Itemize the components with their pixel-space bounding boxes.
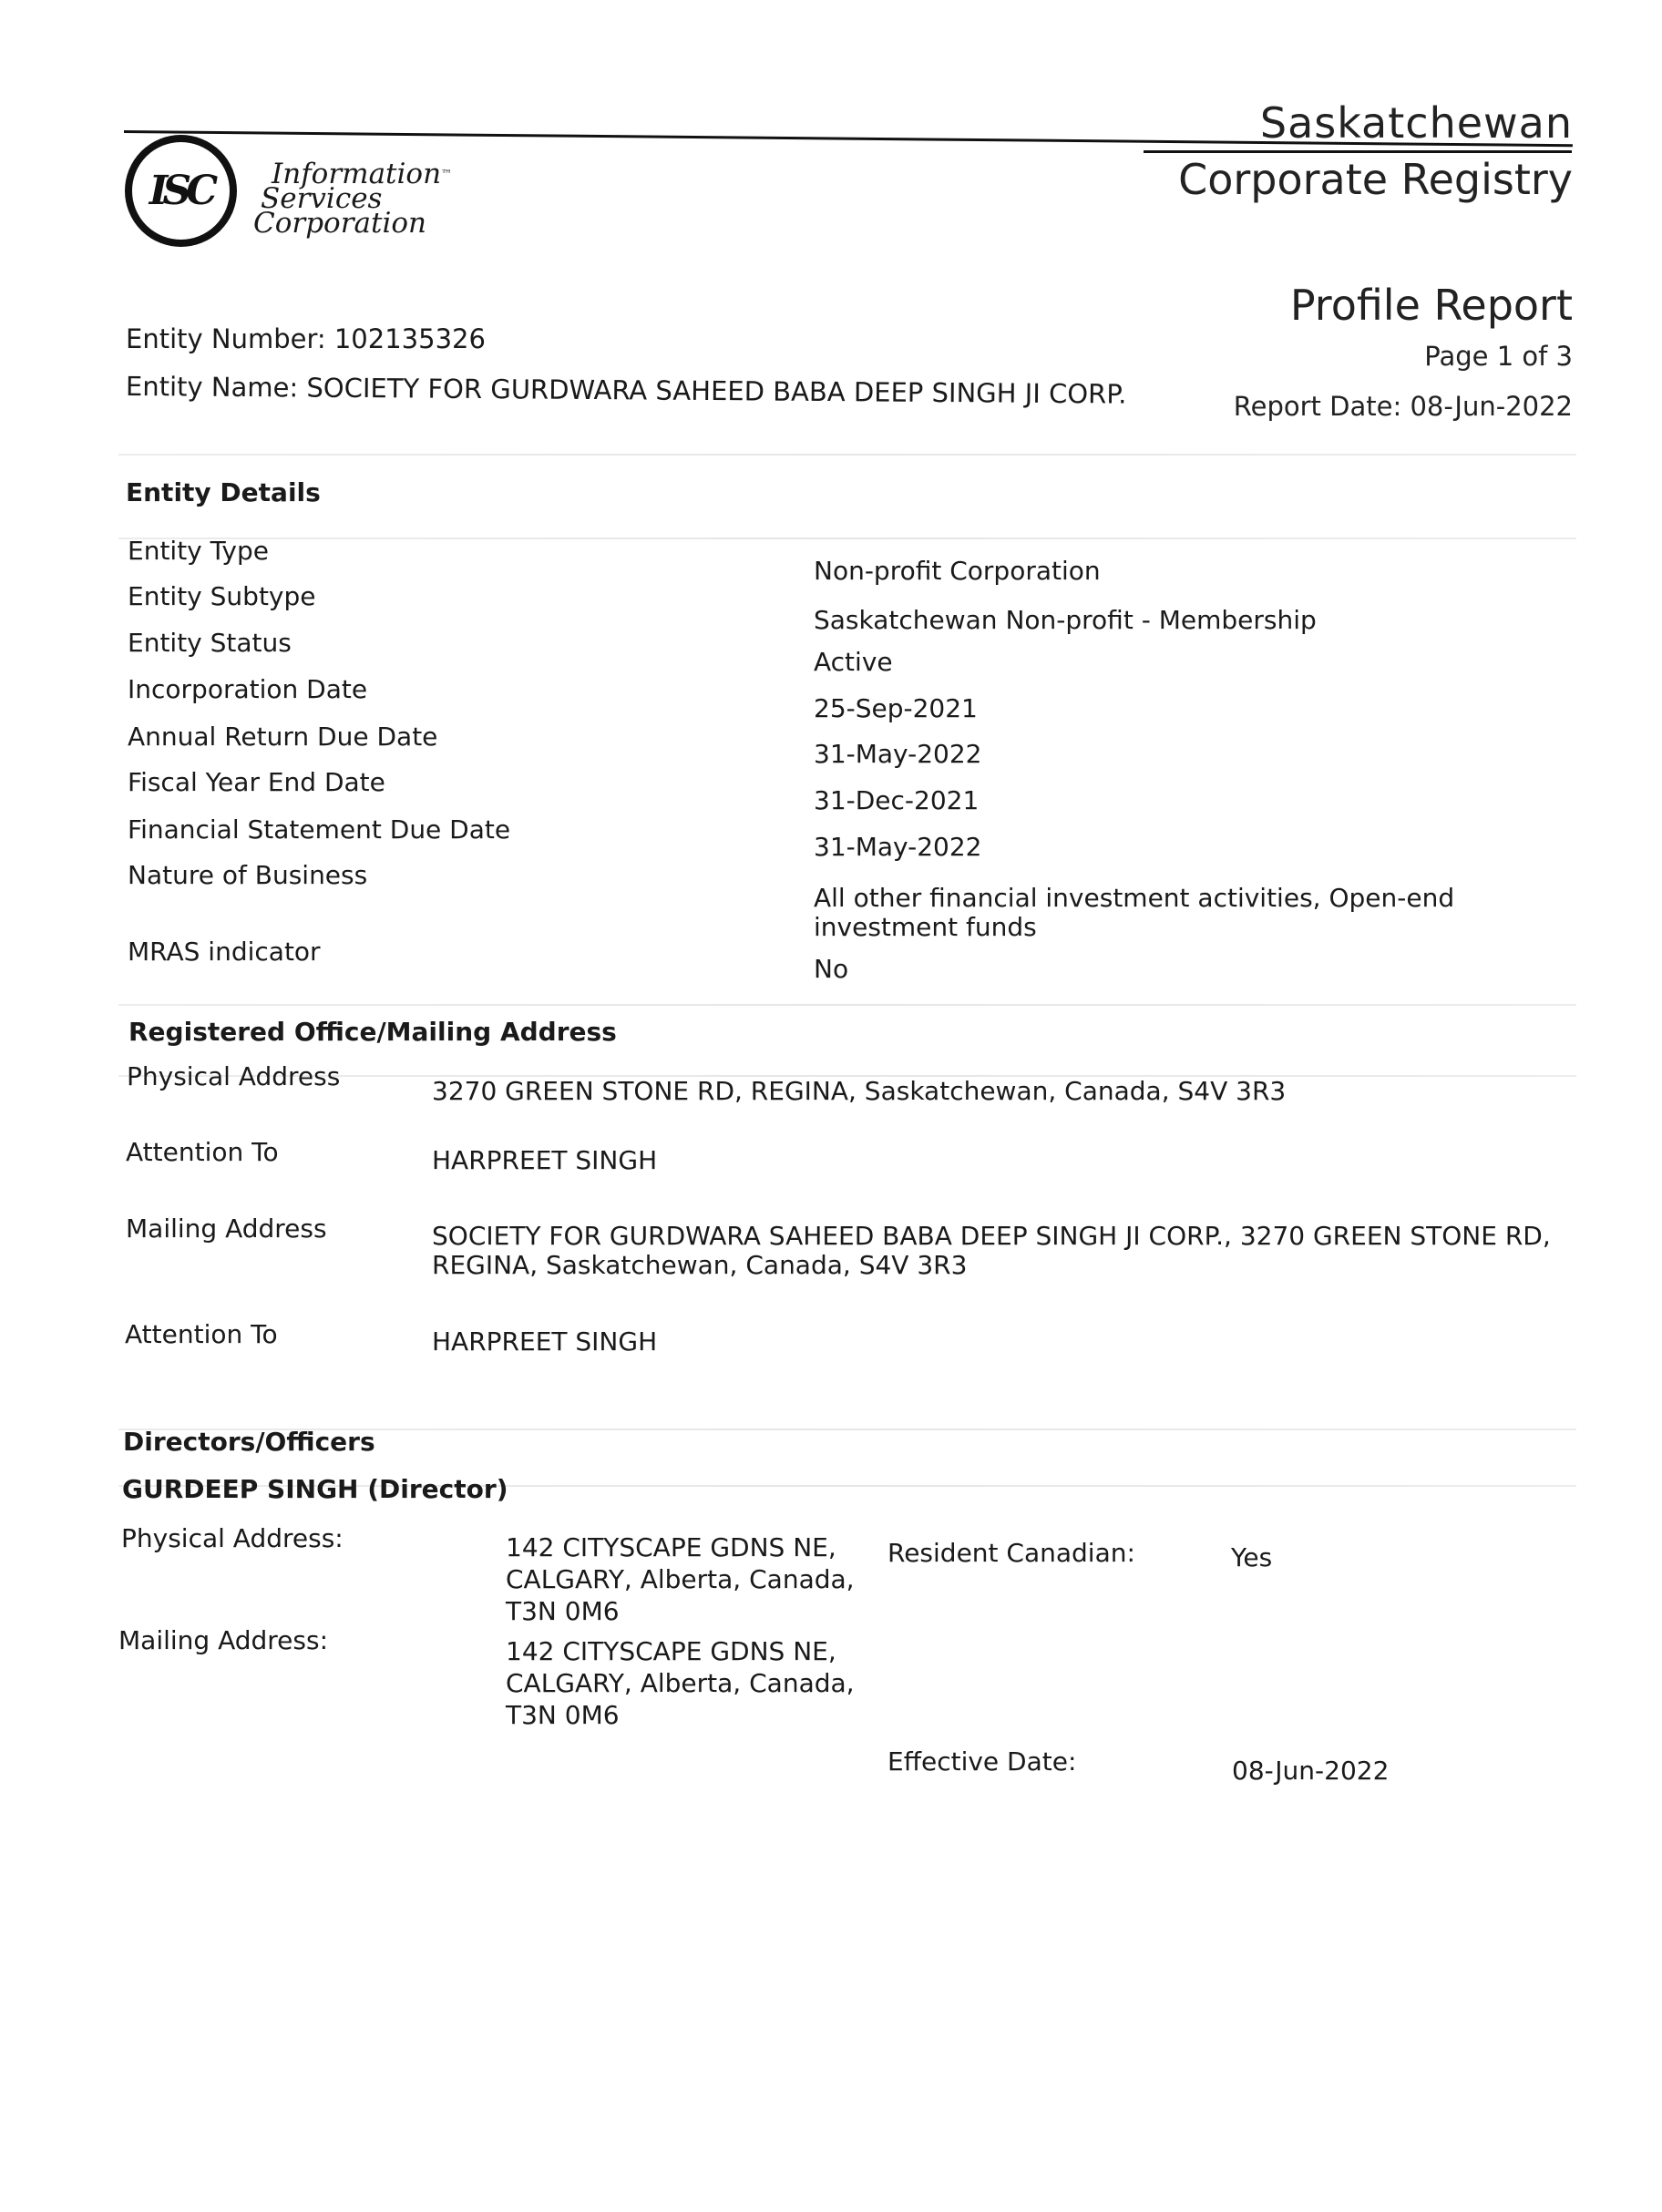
report-title: Profile Report [1290, 281, 1573, 330]
nature-line-1: All other financial investment activitie… [814, 884, 1454, 913]
entity-details-heading: Entity Details [126, 477, 321, 507]
director-name-title: GURDEEP SINGH (Director) [122, 1474, 508, 1504]
detail-label-entity-status: Entity Status [128, 628, 292, 658]
director-physical-line-2: CALGARY, Alberta, Canada, [506, 1563, 855, 1595]
directors-heading: Directors/Officers [123, 1427, 375, 1457]
office-value-attention-to: HARPREET SINGH [432, 1145, 657, 1175]
director-mailing-label: Mailing Address: [118, 1625, 328, 1655]
nature-line-2: investment funds [814, 913, 1454, 942]
entity-number: Entity Number: 102135326 [126, 323, 486, 354]
report-date-value: 08-Jun-2022 [1410, 391, 1573, 422]
detail-value-incorporation-date: 25-Sep-2021 [814, 693, 978, 723]
entity-name-label: Entity Name: [126, 371, 298, 403]
detail-label-entity-type: Entity Type [128, 536, 269, 566]
status-badge: Active [814, 647, 893, 677]
effective-date-label: Effective Date: [887, 1746, 1076, 1777]
entity-name: Entity Name: SOCIETY FOR GURDWARA SAHEED… [126, 371, 1127, 410]
office-label-physical-address: Physical Address [127, 1061, 340, 1091]
detail-value-fiscal-year-end: 31-Dec-2021 [814, 785, 979, 815]
director-mailing-line-2: CALGARY, Alberta, Canada, [506, 1667, 855, 1699]
detail-value-financial-statement-due: 31-May-2022 [814, 832, 982, 862]
director-mailing-line-1: 142 CITYSCAPE GDNS NE, [506, 1635, 855, 1667]
detail-label-incorporation-date: Incorporation Date [128, 674, 367, 704]
mailing-line-1: SOCIETY FOR GURDWARA SAHEED BABA DEEP SI… [432, 1222, 1551, 1251]
logo-line-3: Corporation [253, 211, 452, 236]
detail-value-entity-status: Active [814, 647, 893, 677]
office-value-attention-to-2: HARPREET SINGH [432, 1326, 657, 1357]
detail-label-mras: MRAS indicator [128, 937, 321, 967]
company-logo-text: Information™ Services Corporation [253, 162, 452, 236]
report-date: Report Date: 08-Jun-2022 [1234, 391, 1573, 422]
registry-title: Corporate Registry [1178, 155, 1573, 204]
registered-office-heading: Registered Office/Mailing Address [128, 1017, 617, 1047]
resident-canadian-value: Yes [1231, 1542, 1272, 1572]
detail-value-annual-return-due: 31-May-2022 [814, 739, 982, 769]
resident-canadian-label: Resident Canadian: [887, 1538, 1135, 1568]
director-physical-label: Physical Address: [121, 1523, 344, 1553]
director-physical-address: 142 CITYSCAPE GDNS NE, CALGARY, Alberta,… [506, 1531, 855, 1627]
isc-logo-icon: ISC [125, 135, 237, 247]
detail-label-entity-subtype: Entity Subtype [128, 581, 316, 611]
office-label-mailing-address: Mailing Address [126, 1214, 327, 1244]
entity-number-label: Entity Number: [126, 323, 326, 354]
trademark: ™ [441, 168, 452, 180]
effective-date-value: 08-Jun-2022 [1232, 1756, 1389, 1786]
detail-value-nature-of-business: All other financial investment activitie… [814, 884, 1454, 942]
office-label-attention-to: Attention To [126, 1137, 279, 1167]
registry-rule [1144, 150, 1572, 153]
detail-value-mras: No [814, 954, 848, 984]
director-physical-line-3: T3N 0M6 [506, 1595, 855, 1627]
section-divider [118, 1004, 1576, 1006]
entity-number-value: 102135326 [334, 323, 486, 354]
province-title: Saskatchewan [1260, 98, 1573, 148]
office-value-mailing-address: SOCIETY FOR GURDWARA SAHEED BABA DEEP SI… [432, 1222, 1551, 1280]
section-divider [118, 538, 1576, 539]
logo-mark: ISC [149, 168, 212, 214]
office-value-physical-address: 3270 GREEN STONE RD, REGINA, Saskatchewa… [432, 1076, 1286, 1106]
detail-label-annual-return-due: Annual Return Due Date [128, 722, 437, 752]
report-date-label: Report Date: [1234, 391, 1401, 422]
office-label-attention-to-2: Attention To [125, 1319, 278, 1349]
detail-value-entity-subtype: Saskatchewan Non-profit - Membership [814, 605, 1317, 635]
director-mailing-line-3: T3N 0M6 [506, 1699, 855, 1731]
page-info: Page 1 of 3 [1424, 341, 1573, 372]
director-physical-line-1: 142 CITYSCAPE GDNS NE, [506, 1531, 855, 1563]
detail-value-entity-type: Non-profit Corporation [814, 556, 1101, 586]
detail-label-nature-of-business: Nature of Business [128, 860, 367, 890]
detail-label-financial-statement-due: Financial Statement Due Date [128, 814, 510, 845]
detail-label-fiscal-year-end: Fiscal Year End Date [128, 767, 385, 797]
section-divider [118, 454, 1576, 456]
director-mailing-address: 142 CITYSCAPE GDNS NE, CALGARY, Alberta,… [506, 1635, 855, 1731]
entity-name-value: SOCIETY FOR GURDWARA SAHEED BABA DEEP SI… [306, 373, 1126, 410]
mailing-line-2: REGINA, Saskatchewan, Canada, S4V 3R3 [432, 1251, 1551, 1280]
